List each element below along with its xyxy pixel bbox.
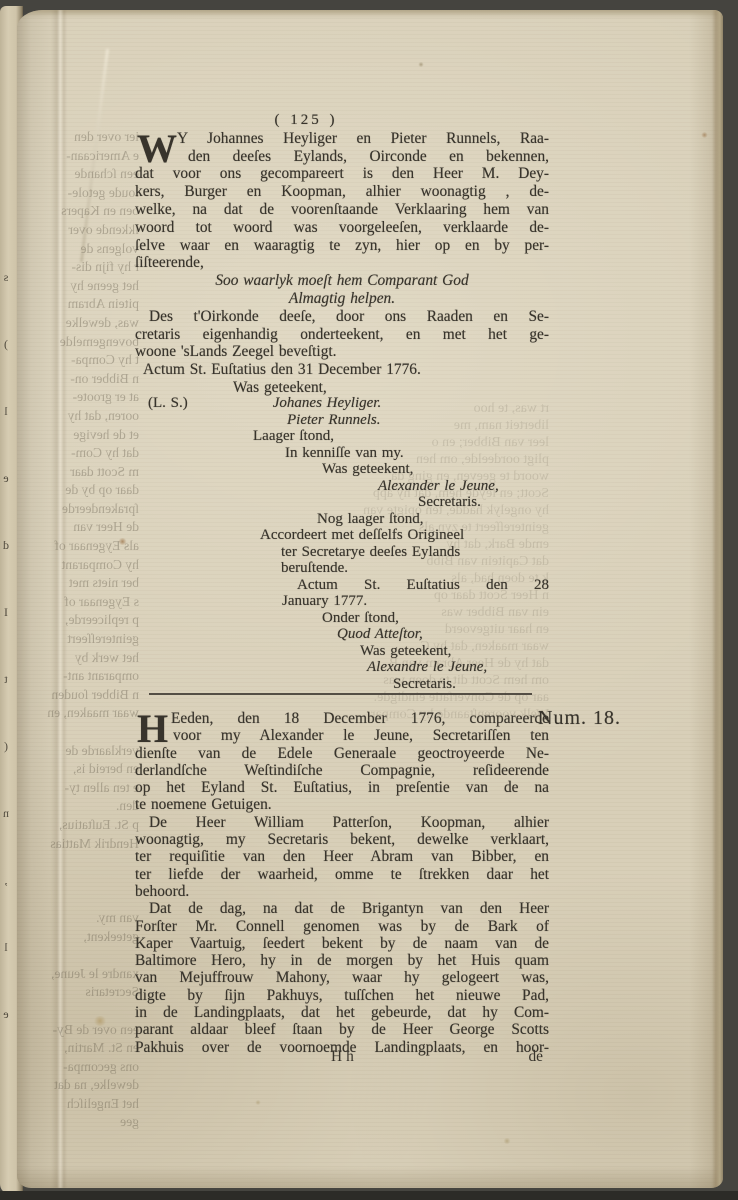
bleedthrough-line: lkkende over (25, 221, 139, 240)
text-line: Dat de dag, na dat de Brigantyn van den … (135, 900, 549, 917)
text-line: Kaper Vaartuig, ſeedert bekent by de naa… (135, 935, 549, 952)
bleedthrough-line: p St. Euſtatius, (25, 816, 139, 835)
bleedthrough-line: daar op by de (25, 481, 139, 500)
bleedthrough-line: n Bibber ſouden (25, 686, 139, 705)
document-number-label: Num. 18. (538, 707, 621, 730)
page-stack-edge (712, 10, 723, 1188)
bleedthrough-line: een ſchande (25, 165, 139, 184)
bleedthrough-line: bovengemelde (25, 333, 139, 352)
bleedthrough-line: oen en Kapers (25, 202, 139, 221)
bleedthrough-line: Hendrik Mattias (25, 835, 139, 854)
text-line: In kenniſſe van my. (135, 445, 549, 462)
text-line: Onder ſtond, (135, 610, 549, 627)
text-line: behoord. (135, 883, 549, 900)
bleedthrough-line: waar maaken, en (25, 704, 139, 723)
bleedthrough-line: dat hy Com- (25, 444, 139, 463)
spine-glyph-fragment: s (0, 244, 12, 311)
attestation-section: ( 125 )WY Johannes Heyliger en Pieter Ru… (135, 112, 549, 397)
text-line: Actum St. Euſtatius den 28 (135, 577, 549, 594)
bleedthrough-line: r hy fijn dis- (25, 258, 139, 277)
text-line: ter Secretarye deeſes Eylands (135, 544, 549, 561)
bleedthrough-line: pitein Abram (25, 295, 139, 314)
text-line: Secretaris. (135, 494, 549, 511)
bleedthrough-line: m Scott daar (25, 463, 139, 482)
text-line: derlandſche Weſtindiſche Compagnie, reſi… (135, 762, 549, 779)
paper-stain (418, 62, 424, 67)
text-line: welke, na dat de voorenſtaande Verklaari… (135, 201, 549, 219)
scanner-bed-strip (0, 1191, 738, 1200)
bleedthrough-line: volgens de (25, 240, 139, 259)
bleedthrough-line: geintereſſeert (25, 630, 139, 649)
spine-glyph-fragment: n (0, 780, 12, 847)
spine-glyph-fragment: l (0, 378, 12, 445)
bleedthrough-line: de Heer van (25, 518, 139, 537)
bleedthrough-line: den. (25, 797, 139, 816)
bleedthrough-line (25, 853, 139, 872)
bleedthrough-line (25, 1002, 139, 1021)
bleedthrough-line (25, 890, 139, 909)
text-line: woord tot woord was voorgeleeſen, verkla… (135, 219, 549, 237)
bleedthrough-line (25, 872, 139, 891)
text-line: HEeden, den 18 December 1776, compareerd… (135, 710, 549, 727)
bleedthrough-line: ooren, dat hy (25, 407, 139, 426)
bleedthrough-line: van my. (25, 909, 139, 928)
text-run: Johanes Heyliger. (273, 395, 381, 411)
text-line: cretaris eigenhandig onderteekent, en me… (135, 326, 549, 344)
bleedthrough-line: ons gecompa- (25, 1058, 139, 1077)
text-line: Des t'Oirkonde deeſe, door ons Raaden en… (135, 308, 549, 326)
spine-glyph-fragment: ) (0, 311, 12, 378)
text-run: (L. S.) (148, 395, 188, 411)
text-line: Was geteekent, (135, 643, 549, 660)
text-line: dienſte van de Edele Generaale geoctroye… (135, 745, 549, 762)
text-line: ſelve waar en waaragtig te zyn, hier op … (135, 237, 549, 255)
text-line: Soo waarlyk moeſt hem Comparant God (135, 272, 549, 290)
text-line: parant aldaar bleef ſtaan by de Heer Geo… (135, 1021, 549, 1038)
text-line: Alexander le Jeune, (135, 478, 549, 495)
text-line: woone 'sLands Zeegel beveſtigt. (135, 343, 549, 361)
text-line: Alexandre le Jeune, (135, 659, 549, 676)
text-line: ter liefde der waarheid, omme te ſtrekke… (135, 866, 549, 883)
paper-stain (701, 132, 708, 138)
bleedthrough-line: een over de By- (25, 1021, 139, 1040)
spine-glyph-fragment: e (0, 445, 12, 512)
bleedthrough-line: hy Comparant (25, 556, 139, 575)
spine-glyph-fragment: , (0, 847, 12, 914)
text-line: op het Eyland St. Euſtatius, in preſenti… (135, 779, 549, 796)
text-line: Accordeert met deſſelfs Origineel (135, 527, 549, 544)
paper-stain (255, 1100, 261, 1105)
bleedthrough-line: verklaarde de (25, 742, 139, 761)
bleedthrough-line: het geene hy (25, 277, 139, 296)
text-line: Baltimore Hero, hy in de morgen by het H… (135, 952, 549, 969)
spine-glyph-fragment: I (0, 579, 12, 646)
text-line: den deeſes Eylands, Oirconde en bekennen… (135, 148, 549, 166)
book-page: ier over dene Americaan-een ſchandeloude… (17, 10, 723, 1188)
spine-glyph-fragment: d (0, 512, 12, 579)
spine-glyph-fragment: t (0, 646, 12, 713)
bleedthrough-line: het Engeliſch (25, 1095, 139, 1114)
signature-block: (L. S.)Johanes Heyliger.Pieter Runnels.L… (135, 395, 549, 692)
bleedthrough-line: het werk by (25, 649, 139, 668)
spine-glyph-fragment: l (0, 914, 12, 981)
text-line: Almagtig helpen. (135, 290, 549, 308)
paper-stain (503, 1138, 511, 1144)
spine-text-fragments: s)ledIt(n,le (0, 244, 12, 1048)
section-divider-rule (149, 693, 532, 695)
text-line: Laager ſtond, (135, 428, 549, 445)
text-line: woonagtig, my Secretaris bekent, dewelke… (135, 831, 549, 848)
text-line: digte by ſijn Pakhuys, tuſſchen het nieu… (135, 987, 549, 1004)
bleedthrough-line: s Eygenaar of (25, 593, 139, 612)
bleedthrough-line: Secretaris (25, 983, 139, 1002)
bleedthrough-line: ber niets met (25, 574, 139, 593)
bleedthrough-line: was, dewelke (25, 314, 139, 333)
bleedthrough-line: gee (25, 1113, 139, 1132)
page-top-edge (17, 10, 723, 15)
text-line: Nog laager ſtond, (135, 511, 549, 528)
bleedthrough-line: en bereid is, (25, 760, 139, 779)
signature-mark: Hh (331, 1048, 358, 1065)
text-line: voor my Alexander le Jeune, Secretariſſe… (135, 727, 549, 744)
bleedthrough-line (25, 723, 139, 742)
text-line: dat voor ons gecompareert is den Heer M.… (135, 165, 549, 183)
text-line: De Heer William Patterſon, Koopman, alhi… (135, 814, 549, 831)
bleedthrough-line: e ten allen ty- (25, 779, 139, 798)
bleedthrough-line (25, 946, 139, 965)
text-line: Quod Atteſtor, (135, 626, 549, 643)
bleedthrough-line: geteekent, (25, 928, 139, 947)
bleedthrough-line: als Eygenaar of (25, 537, 139, 556)
text-line: kers, Burger en Koopman, alhier woonagti… (135, 183, 549, 201)
text-line: in de Landingplaats, dat het gebeurde, d… (135, 1004, 549, 1021)
text-line: beruſtende. (135, 560, 549, 577)
bleedthrough-left-margin: ier over dene Americaan-een ſchandeloude… (25, 128, 139, 1132)
bleedthrough-line: ſprakendeerde (25, 500, 139, 519)
text-line: Pieter Runnels. (135, 412, 549, 429)
bleedthrough-line: n Bibber on- (25, 370, 139, 389)
bleedthrough-line: et de hevige (25, 426, 139, 445)
bleedthrough-line: loude getole- (25, 184, 139, 203)
text-line: (L. S.)Johanes Heyliger. (135, 395, 549, 412)
bleedthrough-line: omparant ant- (25, 667, 139, 686)
text-line: te noemene Getuigen. (135, 796, 549, 813)
spine-glyph-fragment: ( (0, 713, 12, 780)
bleedthrough-line: at er groote- (25, 388, 139, 407)
text-line: January 1777. (135, 593, 549, 610)
text-line: Actum St. Euſtatius den 31 December 1776… (135, 361, 549, 379)
scan-background: { "meta": { "background_color": "#45443f… (0, 0, 738, 1200)
text-line: van Mejuffrouw Mahony, waar hy gelogeert… (135, 969, 549, 986)
bleedthrough-line: dewelke, na dat (25, 1076, 139, 1095)
text-line: WY Johannes Heyliger en Pieter Runnels, … (135, 130, 549, 148)
catch-line: Hh de (135, 1048, 549, 1066)
bleedthrough-line: e Americaan- (25, 147, 139, 166)
text-line: Secretaris. (135, 676, 549, 693)
spine-glyph-fragment: e (0, 981, 12, 1048)
text-line: ter requiſitie van den Heer Abram van Bi… (135, 848, 549, 865)
bleedthrough-line: p repliceerde, (25, 611, 139, 630)
bleedthrough-line: ier over den (25, 128, 139, 147)
catchword: de (528, 1048, 543, 1066)
bleedthrough-line: xandre le Jeune, (25, 965, 139, 984)
text-line: ſiſteerende, (135, 254, 549, 272)
text-line: Was geteekent, (135, 461, 549, 478)
bleedthrough-line: en St. Martin, (25, 1039, 139, 1058)
deposition-section: HEeden, den 18 December 1776, compareerd… (135, 710, 549, 1056)
text-line: Forſter Mr. Connell genomen was by de Ba… (135, 918, 549, 935)
bleedthrough-line: t hy Compa- (25, 351, 139, 370)
